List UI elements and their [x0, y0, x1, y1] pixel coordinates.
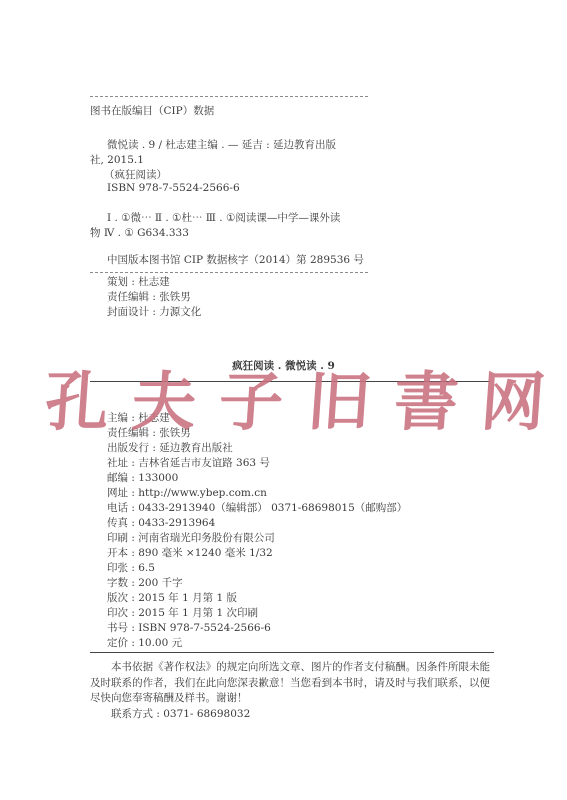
info-website: 网址 : http://www.ybep.com.cn — [107, 486, 407, 501]
info-printer: 印刷 : 河南省瑞光印务股份有限公司 — [107, 531, 407, 546]
book-title: 疯狂阅读 . 微悦读 . 9 — [0, 358, 567, 373]
notice-divider — [90, 652, 494, 653]
info-chief-editor: 主编 : 杜志建 — [107, 411, 407, 426]
info-postcode: 邮编 : 133000 — [107, 471, 407, 486]
info-publisher: 出版发行 : 延边教育出版社 — [107, 441, 407, 456]
cip-subject-line2: 物 Ⅳ . ① G634.333 — [90, 225, 189, 240]
info-edition: 版次 : 2015 年 1 月第 1 版 — [107, 591, 407, 606]
info-sheets: 印张 : 6.5 — [107, 561, 407, 576]
info-isbn: 书号 : ISBN 978-7-5524-2566-6 — [107, 621, 407, 636]
credit-editor: 责任编辑 : 张铁男 — [107, 290, 201, 305]
info-format: 开本 : 890 毫米 ×1240 毫米 1/32 — [107, 546, 407, 561]
info-price: 定价 : 10.00 元 — [107, 636, 407, 651]
cip-number: 中国版本图书馆 CIP 数据核字（2014）第 289536 号 — [107, 252, 364, 267]
info-responsible-editor: 责任编辑 : 张铁男 — [107, 426, 407, 441]
cip-heading: 图书在版编目（CIP）数据 — [90, 103, 214, 118]
credit-cover-design: 封面设计 : 力源文化 — [107, 305, 201, 320]
info-word-count: 字数 : 200 千字 — [107, 576, 407, 591]
credit-planner: 策划 : 杜志建 — [107, 275, 201, 290]
watermark-char: 网 — [478, 368, 547, 438]
info-printing: 印次 : 2015 年 1 月第 1 次印刷 — [107, 606, 407, 621]
notice-paragraph: 本书依据《著作权法》的规定向所选文章、图片的作者支付稿酬。因条件所限未能及时联系… — [90, 660, 490, 707]
cip-subject-line1: Ⅰ . ①微⋯ Ⅱ . ①杜⋯ Ⅲ . ①阅读课—中学—课外读 — [107, 210, 340, 225]
publication-info: 主编 : 杜志建 责任编辑 : 张铁男 出版发行 : 延边教育出版社 社址 : … — [107, 411, 407, 651]
cip-isbn: ISBN 978-7-5524-2566-6 — [107, 182, 240, 194]
info-phone: 电话 : 0433-2913940（编辑部） 0371-68698015（邮购部… — [107, 501, 407, 516]
copyright-notice: 本书依据《著作权法》的规定向所选文章、图片的作者支付稿酬。因条件所限未能及时联系… — [90, 660, 490, 722]
info-address: 社址 : 吉林省延吉市友谊路 363 号 — [107, 456, 407, 471]
cip-bottom-divider — [90, 272, 368, 273]
cip-series: （疯狂阅读） — [104, 167, 167, 182]
cip-top-divider — [90, 96, 368, 97]
title-divider — [90, 381, 490, 382]
notice-contact: 联系方式 : 0371- 68698032 — [90, 707, 490, 723]
cip-entry-line1: 微悦读 . 9 / 杜志建主编 . — 延吉 : 延边教育出版 — [107, 137, 336, 152]
credits-list: 策划 : 杜志建 责任编辑 : 张铁男 封面设计 : 力源文化 — [107, 275, 201, 320]
watermark-char: 孔 — [43, 368, 112, 438]
info-fax: 传真 : 0433-2913964 — [107, 516, 407, 531]
cip-entry-line2: 社, 2015.1 — [90, 152, 144, 167]
